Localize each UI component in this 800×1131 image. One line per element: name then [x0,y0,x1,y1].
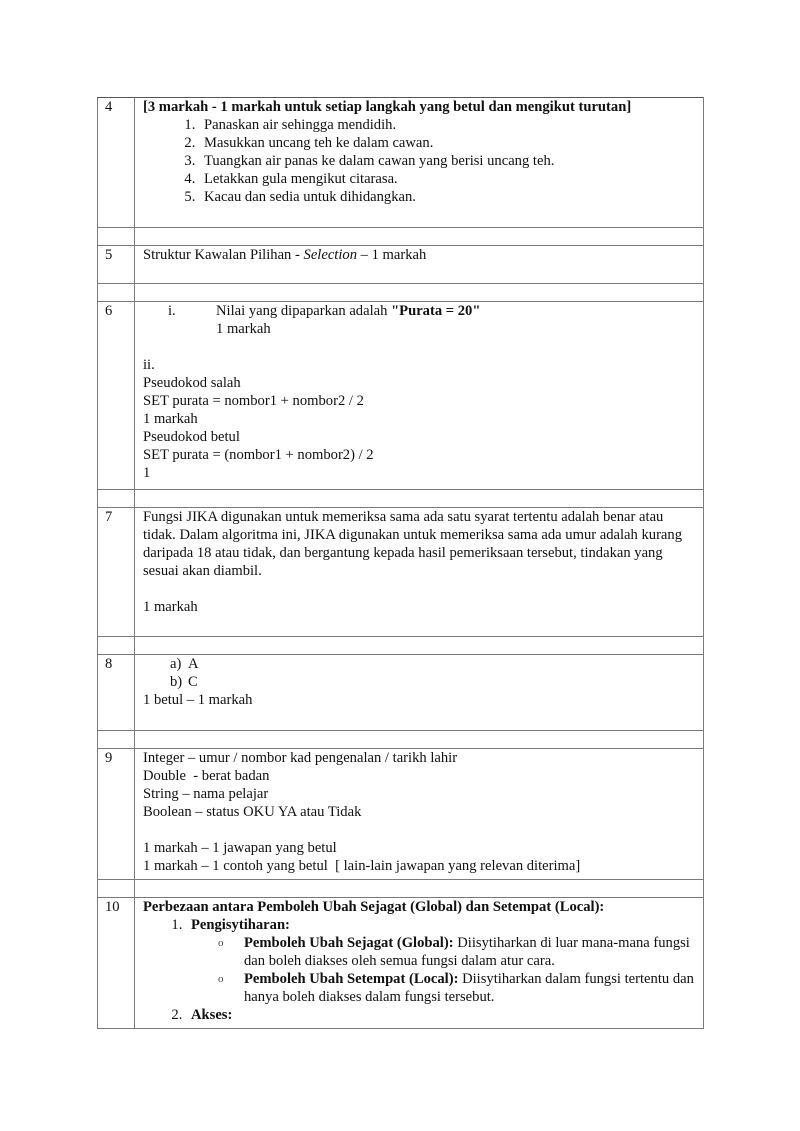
table-row-q10: 10 Perbezaan antara Pemboleh Ubah Sejaga… [98,898,704,1029]
q9-line: Boolean – status OKU YA atau Tidak [143,803,703,821]
q6-line: SET purata = (nombor1 + nombor2) / 2 [143,446,703,464]
list-item: b)C [143,673,703,691]
list-item: Letakkan gula mengikut citarasa. [199,170,703,188]
q10-points-list: oPemboleh Ubah Sejagat (Global): Diisyti… [191,934,703,1006]
q6-line: 1 [143,464,703,482]
q7-mark: 1 markah [143,598,703,616]
part-label: i. [168,302,216,338]
part-label: ii. [143,356,703,374]
circle-bullet-icon: o [218,934,224,952]
circle-bullet-icon: o [218,970,224,988]
question-number: 5 [98,246,135,284]
list-item: Kacau dan sedia untuk dihidangkan. [199,188,703,206]
question-number: 9 [98,749,135,880]
q6-line: Pseudokod salah [143,374,703,392]
answer-scheme-table: 4 [3 markah - 1 markah untuk setiap lang… [97,97,704,1029]
q4-steps-list: Panaskan air sehingga mendidih. Masukkan… [143,116,703,206]
table-row-q6: 6 i. Nilai yang dipaparkan adalah "Purat… [98,302,704,490]
spacer-row [98,731,704,749]
document-page: 4 [3 markah - 1 markah untuk setiap lang… [0,0,800,1131]
q9-mark: 1 markah – 1 jawapan yang betul [143,839,703,857]
q10-sections-list: Pengisytiharan: oPemboleh Ubah Sejagat (… [143,916,703,1024]
answer-cell: Integer – umur / nombor kad pengenalan /… [135,749,704,880]
q10-heading: Perbezaan antara Pemboleh Ubah Sejagat (… [143,898,703,916]
list-item: Tuangkan air panas ke dalam cawan yang b… [199,152,703,170]
q6-part-i-text: Nilai yang dipaparkan adalah [216,303,391,319]
question-number: 10 [98,898,135,1029]
list-item: Pengisytiharan: oPemboleh Ubah Sejagat (… [186,916,703,1006]
answer-cell: Struktur Kawalan Pilihan - Selection – 1… [135,246,704,284]
q6-part-i-answer: "Purata = 20" [391,303,480,319]
q6-part-i-mark: 1 markah [216,320,480,338]
q7-paragraph: Fungsi JIKA digunakan untuk memeriksa sa… [143,508,703,580]
q9-line: Double - berat badan [143,767,703,785]
spacer-row [98,284,704,302]
q6-part-i: i. Nilai yang dipaparkan adalah "Purata … [143,302,703,338]
q5-text: Struktur Kawalan Pilihan - [143,247,304,263]
table-row-q4: 4 [3 markah - 1 markah untuk setiap lang… [98,98,704,228]
q4-heading: [3 markah - 1 markah untuk setiap langka… [143,98,703,116]
answer-cell: a)A b)C 1 betul – 1 markah [135,655,704,731]
question-number: 6 [98,302,135,490]
list-item: oPemboleh Ubah Setempat (Local): Diisyti… [244,970,703,1006]
q5-mark: – 1 markah [357,247,426,263]
q9-line: String – nama pelajar [143,785,703,803]
answer-cell: Perbezaan antara Pemboleh Ubah Sejagat (… [135,898,704,1029]
question-number: 8 [98,655,135,731]
question-number: 4 [98,98,135,228]
table-row-q9: 9 Integer – umur / nombor kad pengenalan… [98,749,704,880]
spacer-row [98,490,704,508]
q9-line: Integer – umur / nombor kad pengenalan /… [143,749,703,767]
table-row-q5: 5 Struktur Kawalan Pilihan - Selection –… [98,246,704,284]
list-item: Akses: [186,1006,703,1024]
table-row-q7: 7 Fungsi JIKA digunakan untuk memeriksa … [98,508,704,637]
list-item: a)A [143,655,703,673]
answer-cell: [3 markah - 1 markah untuk setiap langka… [135,98,704,228]
spacer-row [98,880,704,898]
spacer-row [98,637,704,655]
q5-italic-term: Selection [304,247,358,263]
spacer-row [98,228,704,246]
list-item: Panaskan air sehingga mendidih. [199,116,703,134]
q6-line: 1 markah [143,410,703,428]
question-number: 7 [98,508,135,637]
answer-cell: Fungsi JIKA digunakan untuk memeriksa sa… [135,508,704,637]
list-item: Masukkan uncang teh ke dalam cawan. [199,134,703,152]
table-row-q8: 8 a)A b)C 1 betul – 1 markah [98,655,704,731]
q6-line: Pseudokod betul [143,428,703,446]
q9-mark: 1 markah – 1 contoh yang betul [ lain-la… [143,857,703,875]
q8-mark: 1 betul – 1 markah [143,691,703,709]
q6-line: SET purata = nombor1 + nombor2 / 2 [143,392,703,410]
list-item: oPemboleh Ubah Sejagat (Global): Diisyti… [244,934,703,970]
answer-cell: i. Nilai yang dipaparkan adalah "Purata … [135,302,704,490]
